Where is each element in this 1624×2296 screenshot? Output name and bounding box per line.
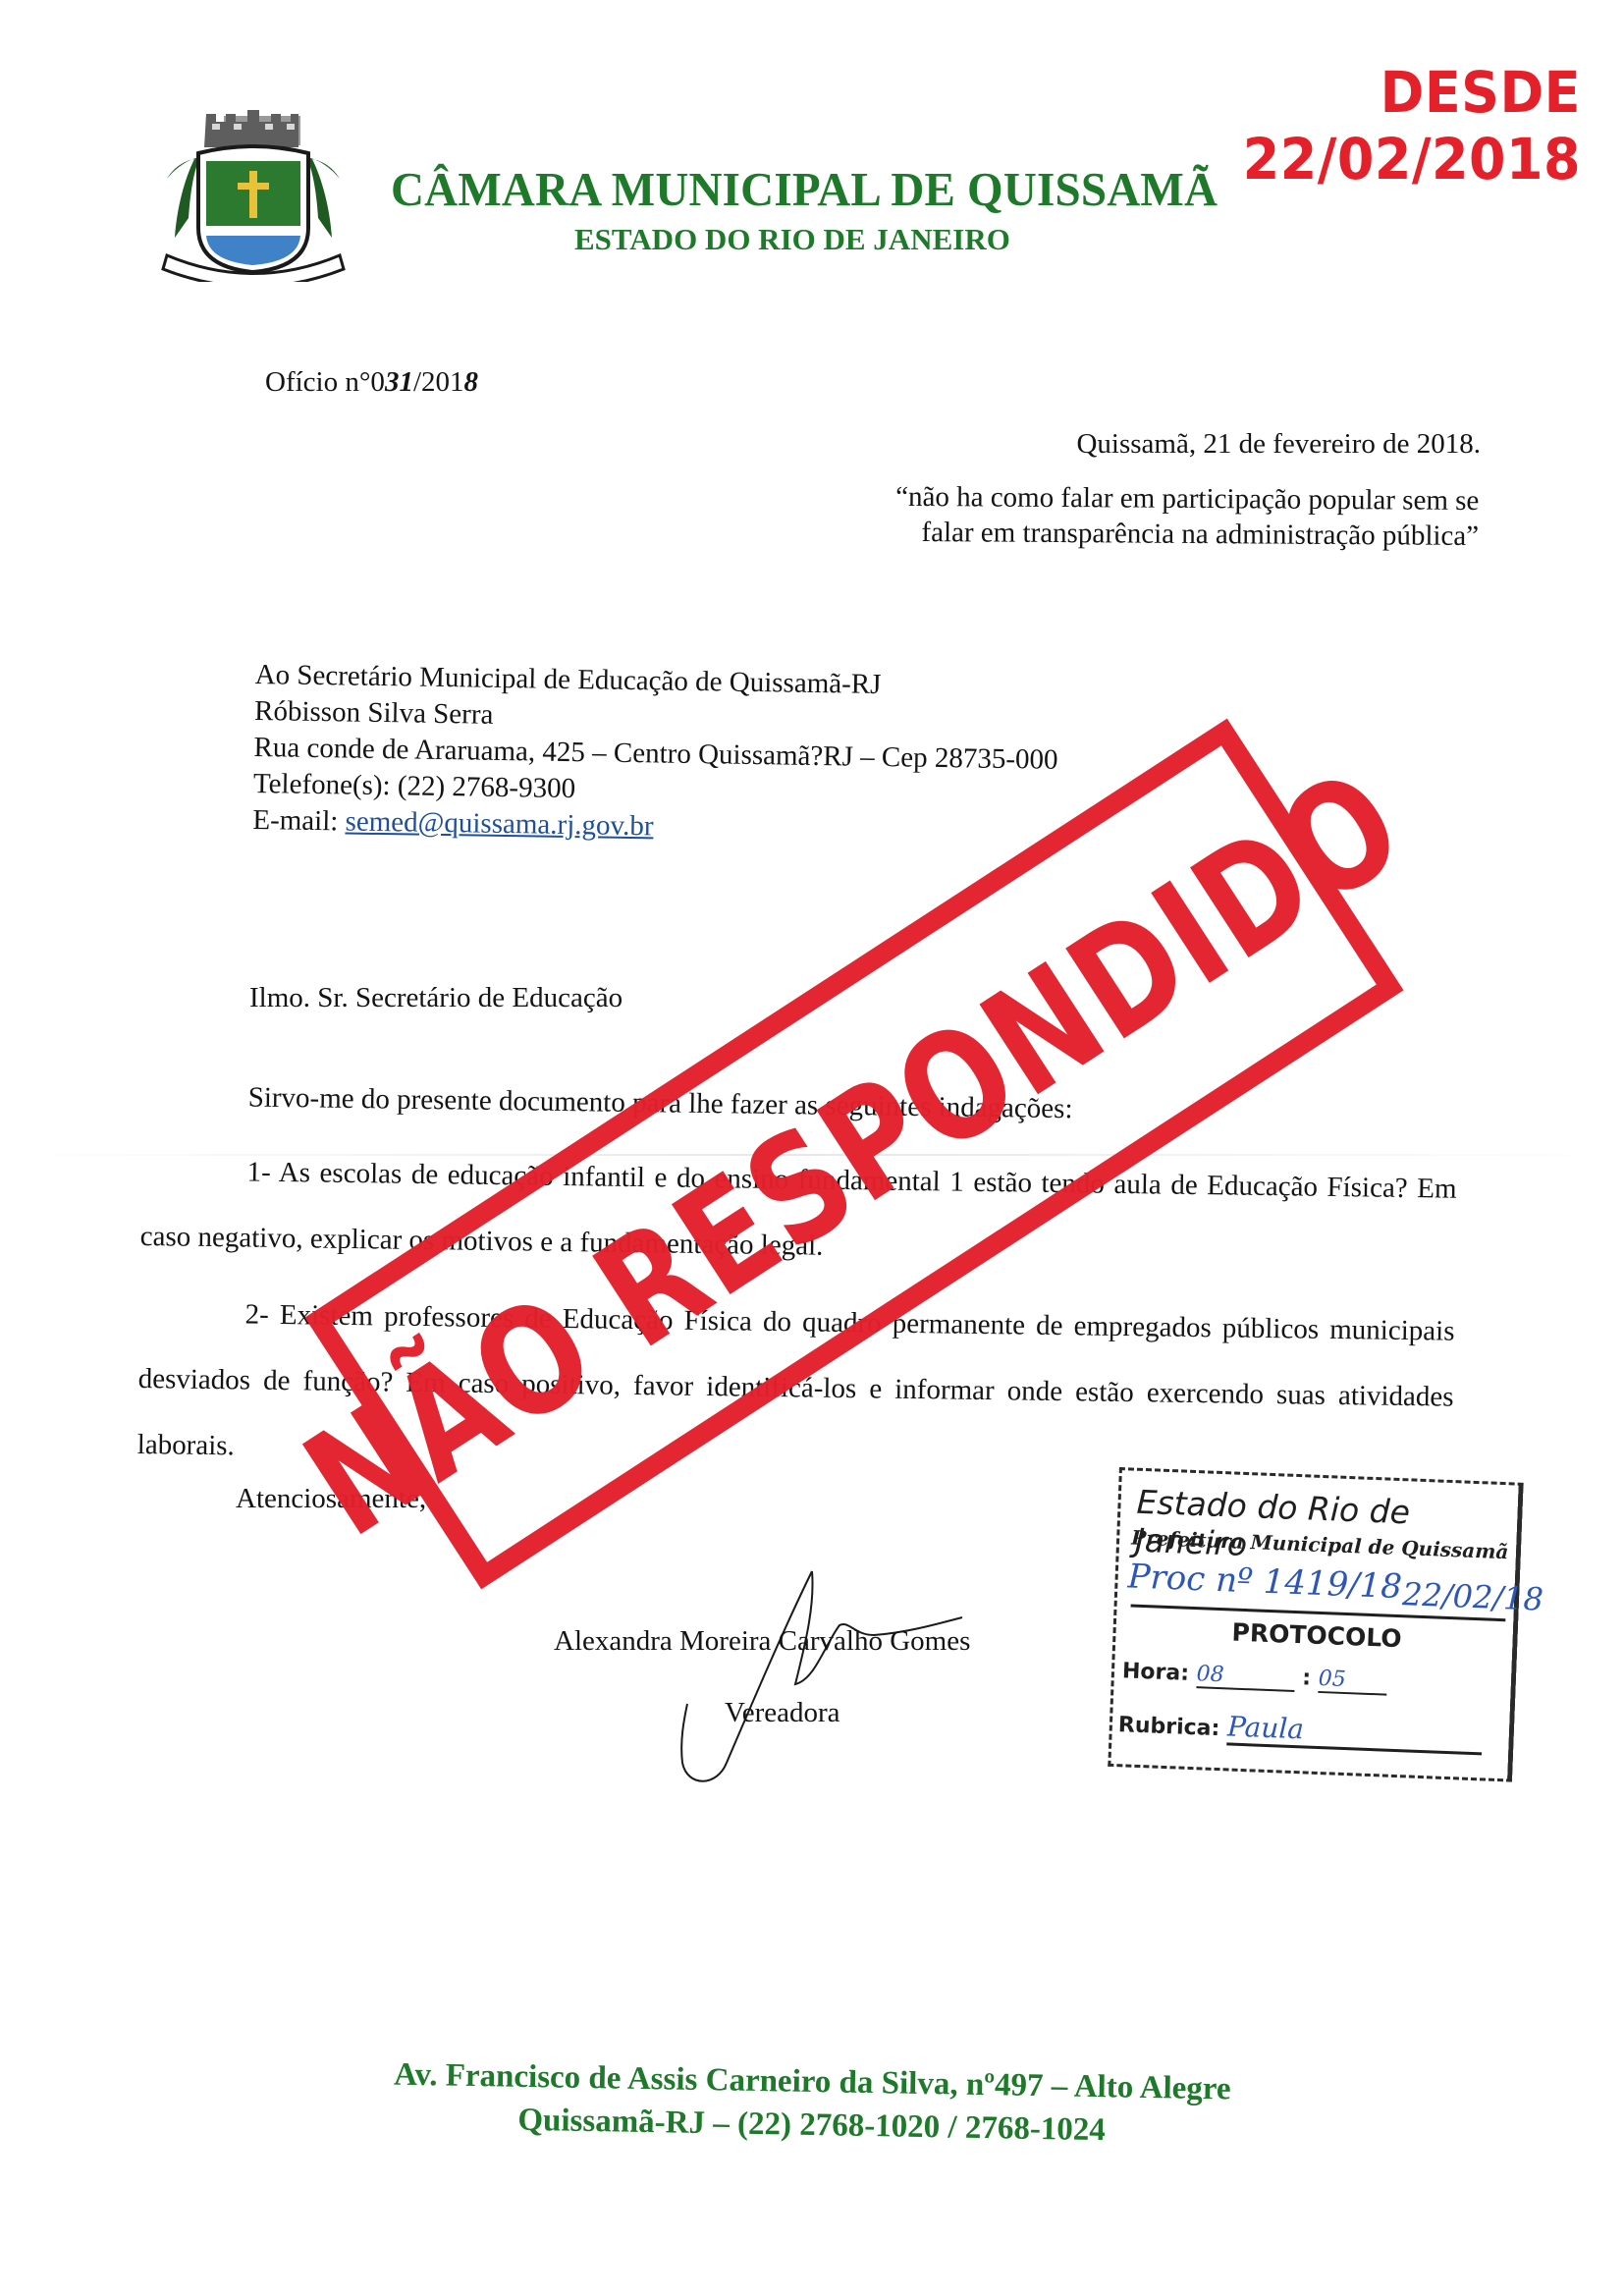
letterhead-title: CÂMARA MUNICIPAL DE QUISSAMÃ bbox=[391, 161, 1218, 217]
email-label: E-mail: bbox=[252, 804, 346, 837]
hora-label: Hora: bbox=[1122, 1659, 1190, 1686]
oficio-prefix: Ofício n°0 bbox=[265, 366, 385, 398]
signature-scribble-icon bbox=[668, 1566, 982, 1792]
oficio-number-handwritten: 31 bbox=[385, 366, 413, 398]
signer-name: Alexandra Moreira Carvalho Gomes bbox=[554, 1625, 970, 1658]
salutation: Ilmo. Sr. Secretário de Educação bbox=[249, 982, 623, 1014]
stamp-process-date: 22/02/18 bbox=[1402, 1575, 1544, 1617]
signer-role: Vereadora bbox=[725, 1697, 840, 1729]
stamp-rubrica: Rubrica: Paula bbox=[1117, 1706, 1483, 1755]
oficio-number: Ofício n°031/2018 bbox=[265, 366, 478, 399]
quote-line: falar em transparência na administração … bbox=[895, 515, 1479, 554]
footer-address: Av. Francisco de Assis Carneiro da Silva… bbox=[0, 2047, 1624, 2161]
epigraph-quote: “não ha como falar em participação popul… bbox=[895, 479, 1480, 554]
rubrica-label: Rubrica: bbox=[1117, 1713, 1219, 1741]
oficio-suffix: /201 bbox=[413, 366, 464, 398]
email-link[interactable]: semed@quissama.rj.gov.br bbox=[345, 805, 653, 842]
quote-line: “não ha como falar em participação popul… bbox=[895, 479, 1479, 519]
hora-minute: 05 bbox=[1318, 1667, 1387, 1696]
date-line: Quissamã, 21 de fevereiro de 2018. bbox=[1076, 428, 1481, 461]
stamp-protocol-label: PROTOCOLO bbox=[1231, 1618, 1402, 1654]
letterhead-subtitle: ESTADO DO RIO DE JANEIRO bbox=[574, 222, 1010, 257]
oficio-year-handwritten: 8 bbox=[464, 366, 479, 398]
stamp-hora: Hora: 08 : 05 bbox=[1121, 1659, 1387, 1695]
hora-hour: 08 bbox=[1196, 1662, 1295, 1692]
coat-of-arms-icon bbox=[155, 110, 352, 282]
rubrica-signature: Paula bbox=[1226, 1710, 1483, 1755]
recipient-block: Ao Secretário Municipal de Educação de Q… bbox=[252, 657, 1059, 851]
protocol-stamp: Estado do Rio de Janeiro Prefeitura Muni… bbox=[1108, 1467, 1523, 1782]
